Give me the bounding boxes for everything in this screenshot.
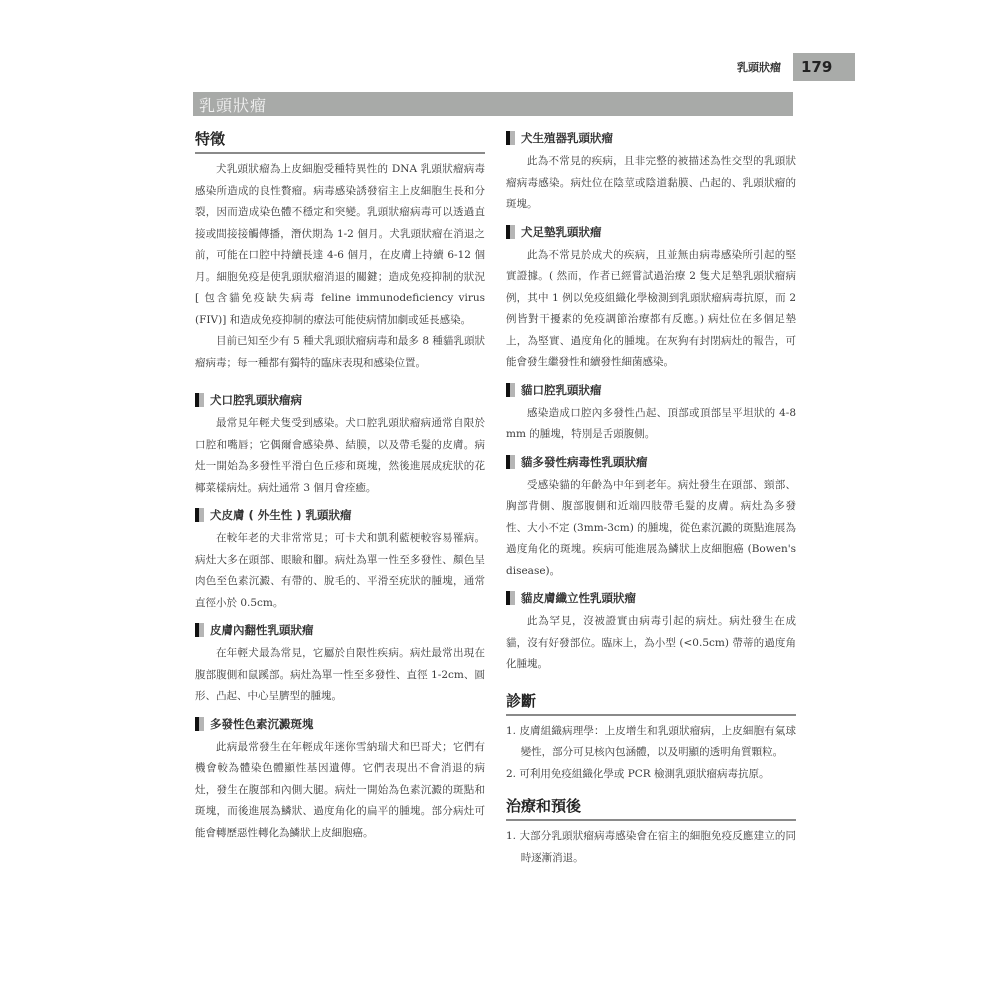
section-heading: 貓口腔乳頭狀瘤 bbox=[521, 382, 602, 398]
section-pigmented-plaques: 多發性色素沉澱斑塊 此病最常發生在年輕成年迷你雪納瑞犬和巴哥犬；它們有機會較為體… bbox=[195, 716, 485, 845]
section-text: 在較年老的犬非常常見；可卡犬和凱利藍梗較容易罹病。病灶大多在頭部、眼瞼和腳。病灶… bbox=[195, 528, 485, 614]
section-marker-icon bbox=[195, 623, 204, 637]
treatment-list: 1. 大部分乳頭狀瘤病毒感染會在宿主的細胞免疫反應建立的同時逐漸消退。 bbox=[506, 826, 796, 869]
diagnosis-item: 1. 皮膚組織病理學：上皮增生和乳頭狀瘤病，上皮細胞有氣球變性，部分可見核內包涵… bbox=[506, 721, 796, 764]
section-canine-footpad-papilloma: 犬足墊乳頭狀瘤 此為不常見於成犬的疾病，且並無由病毒感染所引起的堅實證據。( 然… bbox=[506, 224, 796, 374]
page-number: 179 bbox=[793, 53, 855, 81]
section-marker-icon bbox=[506, 131, 515, 145]
section-marker-icon bbox=[195, 508, 204, 522]
section-marker-icon bbox=[195, 393, 204, 407]
heading-features: 特徵 bbox=[195, 128, 485, 154]
section-heading: 犬口腔乳頭狀瘤病 bbox=[210, 392, 302, 408]
treatment-item: 1. 大部分乳頭狀瘤病毒感染會在宿主的細胞免疫反應建立的同時逐漸消退。 bbox=[506, 826, 796, 869]
section-marker-icon bbox=[506, 383, 515, 397]
running-head-chapter: 乳頭狀瘤 bbox=[737, 59, 781, 75]
section-text: 此為不常見於成犬的疾病，且並無由病毒感染所引起的堅實證據。( 然而，作者已經嘗試… bbox=[506, 245, 796, 374]
chapter-title: 乳頭狀瘤 bbox=[199, 93, 267, 116]
section-heading: 犬生殖器乳頭狀瘤 bbox=[521, 130, 613, 146]
section-feline-oral-papilloma: 貓口腔乳頭狀瘤 感染造成口腔內多發性凸起、頂部或頂部呈平坦狀的 4-8 mm 的… bbox=[506, 382, 796, 446]
diagnosis-list: 1. 皮膚組織病理學：上皮增生和乳頭狀瘤病，上皮細胞有氣球變性，部分可見核內包涵… bbox=[506, 721, 796, 786]
section-marker-icon bbox=[506, 591, 515, 605]
section-canine-cutaneous-papilloma: 犬皮膚 ( 外生性 ) 乳頭狀瘤 在較年老的犬非常常見；可卡犬和凱利藍梗較容易罹… bbox=[195, 507, 485, 614]
right-column: 犬生殖器乳頭狀瘤 此為不常見的疾病，且非完整的被描述為性交型的乳頭狀瘤病毒感染。… bbox=[506, 128, 796, 869]
section-marker-icon bbox=[195, 717, 204, 731]
features-paragraph-1: 犬乳頭狀瘤為上皮細胞受種特異性的 DNA 乳頭狀瘤病毒感染所造成的良性贅瘤。病毒… bbox=[195, 159, 485, 331]
section-text: 受感染貓的年齡為中年到老年。病灶發生在頭部、頸部、胸部背側、腹部腹側和近端四肢帶… bbox=[506, 475, 796, 583]
chapter-title-bar: 乳頭狀瘤 bbox=[193, 92, 793, 116]
section-text: 感染造成口腔內多發性凸起、頂部或頂部呈平坦狀的 4-8 mm 的腫塊，特別是舌頭… bbox=[506, 403, 796, 446]
section-feline-solitary-papilloma: 貓皮膚纖立性乳頭狀瘤 此為罕見，沒被證實由病毒引起的病灶。病灶發生在成貓，沒有好… bbox=[506, 590, 796, 676]
section-inverted-papilloma: 皮膚內翻性乳頭狀瘤 在年輕犬最為常見，它屬於自限性疾病。病灶最常出現在腹部腹側和… bbox=[195, 622, 485, 708]
section-canine-oral-papillomatosis: 犬口腔乳頭狀瘤病 最常見年輕犬隻受到感染。犬口腔乳頭狀瘤病通常自限於口腔和嘴唇；… bbox=[195, 392, 485, 499]
left-column: 特徵 犬乳頭狀瘤為上皮細胞受種特異性的 DNA 乳頭狀瘤病毒感染所造成的良性贅瘤… bbox=[195, 128, 485, 848]
section-marker-icon bbox=[506, 455, 515, 469]
features-paragraph-2: 目前已知至少有 5 種犬乳頭狀瘤病毒和最多 8 種貓乳頭狀瘤病毒；每一種都有獨特… bbox=[195, 331, 485, 374]
section-text: 此為不常見的疾病，且非完整的被描述為性交型的乳頭狀瘤病毒感染。病灶位在陰莖或陰道… bbox=[506, 151, 796, 216]
section-heading: 貓多發性病毒性乳頭狀瘤 bbox=[521, 454, 648, 470]
section-heading: 犬足墊乳頭狀瘤 bbox=[521, 224, 602, 240]
section-marker-icon bbox=[506, 225, 515, 239]
running-head: 乳頭狀瘤 179 bbox=[700, 53, 855, 81]
section-text: 此病最常發生在年輕成年迷你雪納瑞犬和巴哥犬；它們有機會較為體染色體顯性基因遺傳。… bbox=[195, 737, 485, 845]
section-canine-genital-papilloma: 犬生殖器乳頭狀瘤 此為不常見的疾病，且非完整的被描述為性交型的乳頭狀瘤病毒感染。… bbox=[506, 130, 796, 216]
heading-treatment-prognosis: 治療和預後 bbox=[506, 795, 796, 821]
heading-diagnosis: 診斷 bbox=[506, 690, 796, 716]
diagnosis-item: 2. 可利用免疫組織化學或 PCR 檢測乳頭狀瘤病毒抗原。 bbox=[506, 764, 796, 786]
section-heading: 犬皮膚 ( 外生性 ) 乳頭狀瘤 bbox=[210, 507, 352, 523]
section-heading: 皮膚內翻性乳頭狀瘤 bbox=[210, 622, 314, 638]
section-heading: 多發性色素沉澱斑塊 bbox=[210, 716, 314, 732]
section-text: 此為罕見，沒被證實由病毒引起的病灶。病灶發生在成貓，沒有好發部位。臨床上，為小型… bbox=[506, 611, 796, 676]
section-heading: 貓皮膚纖立性乳頭狀瘤 bbox=[521, 590, 636, 606]
section-text: 最常見年輕犬隻受到感染。犬口腔乳頭狀瘤病通常自限於口腔和嘴唇；它偶爾會感染鼻、結… bbox=[195, 413, 485, 499]
section-text: 在年輕犬最為常見，它屬於自限性疾病。病灶最常出現在腹部腹側和鼠蹊部。病灶為單一性… bbox=[195, 643, 485, 708]
section-feline-multiple-viral-papilloma: 貓多發性病毒性乳頭狀瘤 受感染貓的年齡為中年到老年。病灶發生在頭部、頸部、胸部背… bbox=[506, 454, 796, 583]
